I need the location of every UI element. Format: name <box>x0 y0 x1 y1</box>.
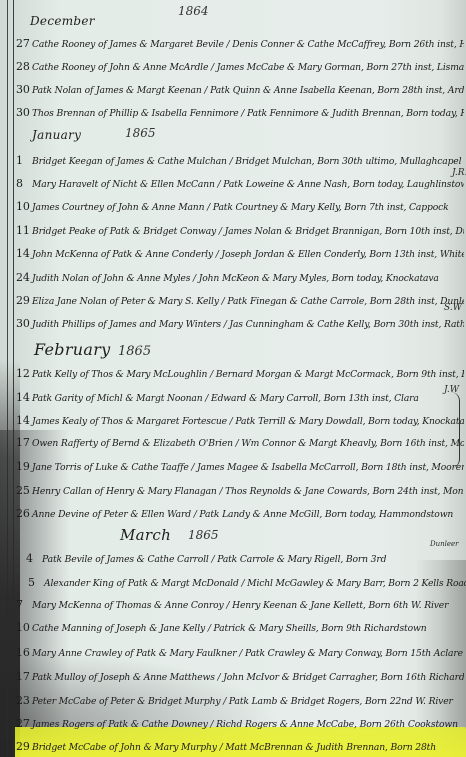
month-heading: January <box>32 128 81 142</box>
register-entry: 17Owen Rafferty of Bernd & Elizabeth O'B… <box>16 436 464 451</box>
register-page: 1864 December 27Cathe Rooney of James & … <box>0 0 466 757</box>
register-entry: 28Cathe Rooney of John & Anne McArdle / … <box>16 60 464 75</box>
register-entry: 10Cathe Manning of Joseph & Jane Kelly /… <box>16 621 464 636</box>
register-entry: 11Bridget Peake of Patk & Bridget Conway… <box>16 224 464 239</box>
margin-note: Dunleer <box>430 540 459 548</box>
register-entry: 1Bridget Keegan of James & Cathe Mulchan… <box>16 154 464 169</box>
register-entry: 14James Kealy of Thos & Margaret Fortesc… <box>16 414 464 429</box>
register-entry: 25Henry Callan of Henry & Mary Flanagan … <box>16 484 464 499</box>
register-entry: 27James Rogers of Patk & Cathe Downey / … <box>16 717 464 732</box>
margin-note: J.R. <box>452 168 466 178</box>
register-entry: 30Judith Phillips of James and Mary Wint… <box>16 317 464 332</box>
margin-note: S.W <box>444 303 462 313</box>
register-entry: 23Peter McCabe of Peter & Bridget Murphy… <box>16 694 464 709</box>
margin-rule <box>7 0 8 757</box>
month-heading: March <box>120 526 171 544</box>
section-year: 1865 <box>188 528 219 542</box>
month-heading: December <box>30 14 95 28</box>
register-entry: 30Thos Brennan of Phillip & Isabella Fen… <box>16 106 464 121</box>
register-entry: 8Mary Haravelt of Nicht & Ellen McCann /… <box>16 177 464 192</box>
section-year: 1865 <box>118 344 151 359</box>
register-entry: 7Mary McKenna of Thomas & Anne Conroy / … <box>16 598 464 613</box>
register-entry: 24Judith Nolan of John & Anne Myles / Jo… <box>16 271 464 286</box>
year-header: 1864 <box>178 4 209 18</box>
register-entry: 16Mary Anne Crawley of Patk & Mary Faulk… <box>16 646 464 661</box>
register-entry: 5Alexander King of Patk & Margt McDonald… <box>28 576 466 591</box>
section-year: 1865 <box>125 126 156 140</box>
register-entry: 10James Courtney of John & Anne Mann / P… <box>16 200 464 215</box>
register-entry: 14John McKenna of Patk & Anne Conderly /… <box>16 247 464 262</box>
register-entry: 29Eliza Jane Nolan of Peter & Mary S. Ke… <box>16 294 464 309</box>
register-entry-highlighted: 29Bridget McCabe of John & Mary Murphy /… <box>16 740 464 755</box>
register-entry: 27Cathe Rooney of James & Margaret Bevil… <box>16 37 464 52</box>
register-entry: 26Anne Devine of Peter & Ellen Ward / Pa… <box>16 507 464 522</box>
register-entry: 12Patk Kelly of Thos & Mary McLoughlin /… <box>16 367 464 382</box>
register-entry: 4Patk Bevile of James & Cathe Carroll / … <box>26 552 466 567</box>
month-heading: February <box>34 340 111 359</box>
register-entry: 17Patk Mulloy of Joseph & Anne Matthews … <box>16 670 464 685</box>
register-entry: 30Patk Nolan of James & Margt Keenan / P… <box>16 83 464 98</box>
bracket-mark <box>451 392 460 468</box>
margin-rule <box>13 0 14 757</box>
register-entry: 14Patk Garity of Michl & Margt Noonan / … <box>16 391 464 406</box>
register-entry: 19Jane Torris of Luke & Cathe Taaffe / J… <box>16 460 464 475</box>
